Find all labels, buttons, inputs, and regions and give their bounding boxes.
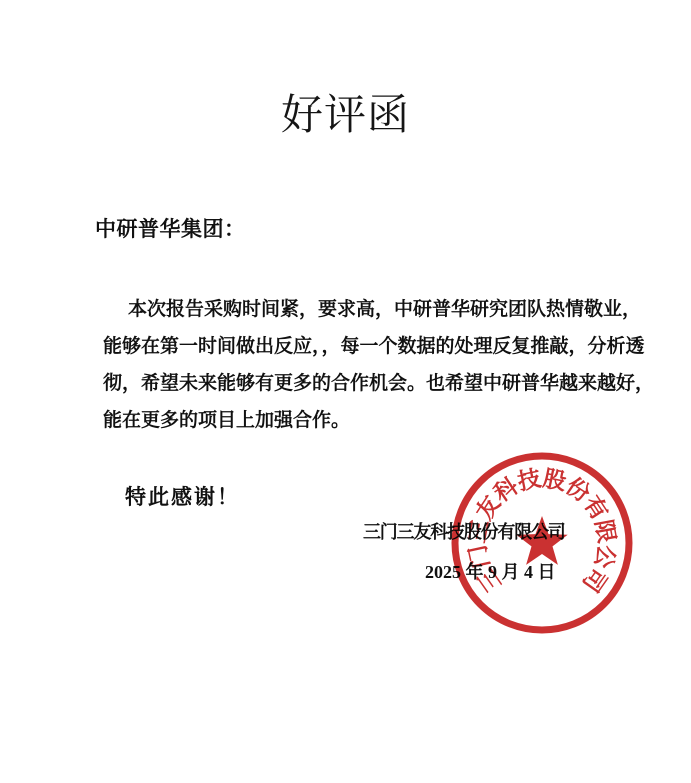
signature-company: 三门三友科技股份有限公司 [363, 518, 565, 544]
seal-char: 有 [579, 491, 613, 524]
body-line: 能在更多的项目上加强合作。 [103, 402, 618, 439]
seal-char: 份 [561, 472, 595, 506]
salutation: 中研普华集团： [95, 213, 246, 243]
body-line: 能够在第一时间做出反应，，每一个数据的处理反复推敲，分析透 [103, 328, 618, 365]
seal-char: 科 [490, 473, 524, 507]
seal-char: 公 [590, 543, 619, 571]
seal-char: 技 [516, 466, 543, 495]
seal-char: 限 [591, 518, 620, 545]
body-line: 本次报告采购时间紧，要求高，中研普华研究团队热情敬业， [103, 291, 618, 328]
letter-title: 好评函 [0, 82, 691, 142]
seal-char: 股 [541, 466, 568, 495]
closing-note: 特此感谢！ [125, 481, 240, 511]
seal-char: 司 [578, 563, 612, 596]
body-line: 彻，希望未来能够有更多的合作机会。也希望中研普华越来越好， [103, 365, 618, 402]
signature-date: 2025 年 9 月 4 日 [425, 558, 556, 584]
body-paragraph: 本次报告采购时间紧，要求高，中研普华研究团队热情敬业， 能够在第一时间做出反应，… [103, 291, 618, 439]
praise-letter-document: 好评函 中研普华集团： 本次报告采购时间紧，要求高，中研普华研究团队热情敬业， … [0, 0, 691, 783]
